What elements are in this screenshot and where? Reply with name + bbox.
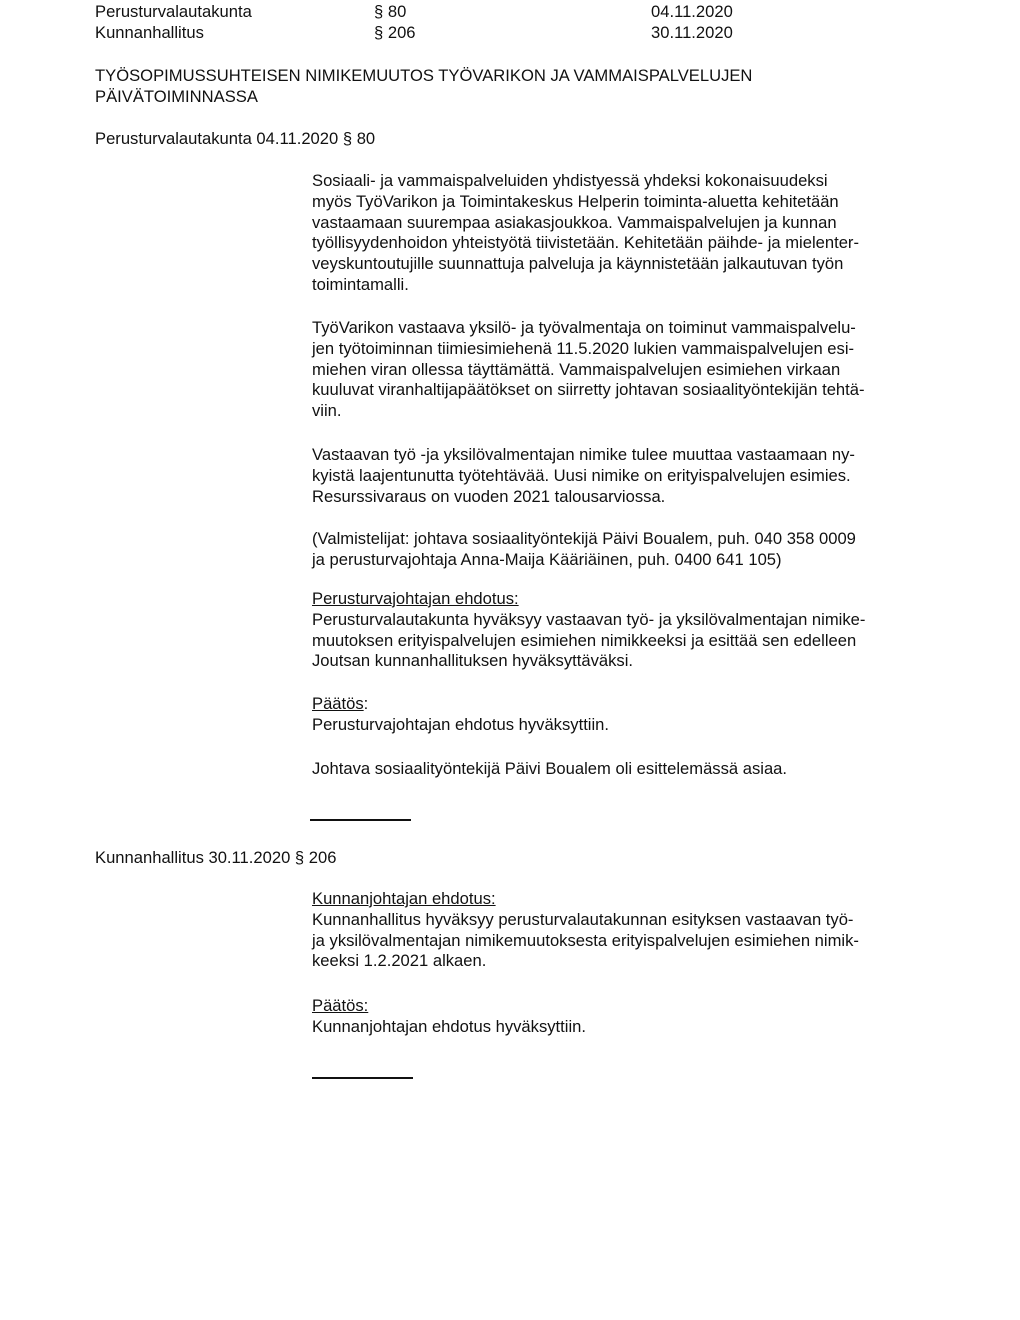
meeting1-decision: Päätös: Perusturvajohtajan ehdotus hyväk… <box>312 694 932 736</box>
para-line: kyistä laajentunutta työtehtävää. Uusi n… <box>312 466 932 487</box>
para-line: myös TyöVarikon ja Toimintakeskus Helper… <box>312 192 932 213</box>
meeting1-para1: Sosiaali- ja vammaispalveluiden yhdistye… <box>312 171 932 296</box>
meeting2-heading: Kunnanhallitus 30.11.2020 § 206 <box>95 847 336 868</box>
para-line: Sosiaali- ja vammaispalveluiden yhdistye… <box>312 171 932 192</box>
decision-colon: : <box>364 694 369 713</box>
meeting2-proposal: Kunnanjohtajan ehdotus: Kunnanhallitus h… <box>312 889 932 972</box>
decision-label: Päätös <box>312 694 364 713</box>
meeting2-decision: Päätös: Kunnanjohtajan ehdotus hyväksytt… <box>312 996 932 1038</box>
para-line: vastaamaan suurempaa asiakasjoukkoa. Vam… <box>312 213 932 234</box>
meeting1-note: Johtava sosiaalityöntekijä Päivi Boualem… <box>312 759 932 780</box>
meeting1-para3: Vastaavan työ -ja yksilövalmentajan nimi… <box>312 445 932 507</box>
para-line: työllisyydenhoidon yhteistyötä tiivistet… <box>312 233 932 254</box>
para-line: Vastaavan työ -ja yksilövalmentajan nimi… <box>312 445 932 466</box>
meeting1-preparers: (Valmistelijat: johtava sosiaalityönteki… <box>312 529 932 571</box>
header-body-1: Perusturvalautakunta <box>95 1 252 22</box>
page-title-line-2: PÄIVÄTOIMINNASSA <box>95 86 258 107</box>
meeting1-para2: TyöVarikon vastaava yksilö- ja työvalmen… <box>312 318 932 422</box>
section-divider <box>310 819 411 821</box>
header-body-2: Kunnanhallitus <box>95 22 204 43</box>
para-line: Joutsan kunnanhallituksen hyväksyttäväks… <box>312 651 932 672</box>
page-title-line-1: TYÖSOPIMUSSUHTEISEN NIMIKEMUUTOS TYÖVARI… <box>95 65 752 86</box>
para-line: (Valmistelijat: johtava sosiaalityönteki… <box>312 529 932 550</box>
para-line: toimintamalli. <box>312 275 932 296</box>
para-line: viin. <box>312 401 932 422</box>
para-line: muutoksen erityispalvelujen esimiehen ni… <box>312 631 932 652</box>
decision-label: Päätös: <box>312 996 932 1017</box>
decision-text: Kunnanjohtajan ehdotus hyväksyttiin. <box>312 1017 932 1038</box>
section-divider <box>312 1077 413 1079</box>
para-line: veyskuntoutujille suunnattuja palveluja … <box>312 254 932 275</box>
note-text: Johtava sosiaalityöntekijä Päivi Boualem… <box>312 759 932 780</box>
para-line: Kunnanhallitus hyväksyy perusturvalautak… <box>312 910 932 931</box>
para-line: Resurssivaraus on vuoden 2021 talousarvi… <box>312 487 932 508</box>
para-line: jen työtoiminnan tiimiesimiehenä 11.5.20… <box>312 339 932 360</box>
meeting1-heading: Perusturvalautakunta 04.11.2020 § 80 <box>95 128 375 149</box>
para-line: Perusturvalautakunta hyväksyy vastaavan … <box>312 610 932 631</box>
header-section-2: § 206 <box>374 22 416 43</box>
proposal-label: Kunnanjohtajan ehdotus: <box>312 889 932 910</box>
para-line: kuuluvat viranhaltijapäätökset on siirre… <box>312 380 932 401</box>
para-line: ja perusturvajohtaja Anna-Maija Kääriäin… <box>312 550 932 571</box>
header-section-1: § 80 <box>374 1 406 22</box>
para-line: miehen viran ollessa täyttämättä. Vammai… <box>312 360 932 381</box>
decision-text: Perusturvajohtajan ehdotus hyväksyttiin. <box>312 715 932 736</box>
para-line: keeksi 1.2.2021 alkaen. <box>312 951 932 972</box>
header-date-2: 30.11.2020 <box>651 22 733 43</box>
para-line: ja yksilövalmentajan nimikemuutoksesta e… <box>312 931 932 952</box>
meeting1-proposal: Perusturvajohtajan ehdotus: Perusturvala… <box>312 589 932 672</box>
proposal-label: Perusturvajohtajan ehdotus: <box>312 589 932 610</box>
para-line: TyöVarikon vastaava yksilö- ja työvalmen… <box>312 318 932 339</box>
header-date-1: 04.11.2020 <box>651 1 733 22</box>
